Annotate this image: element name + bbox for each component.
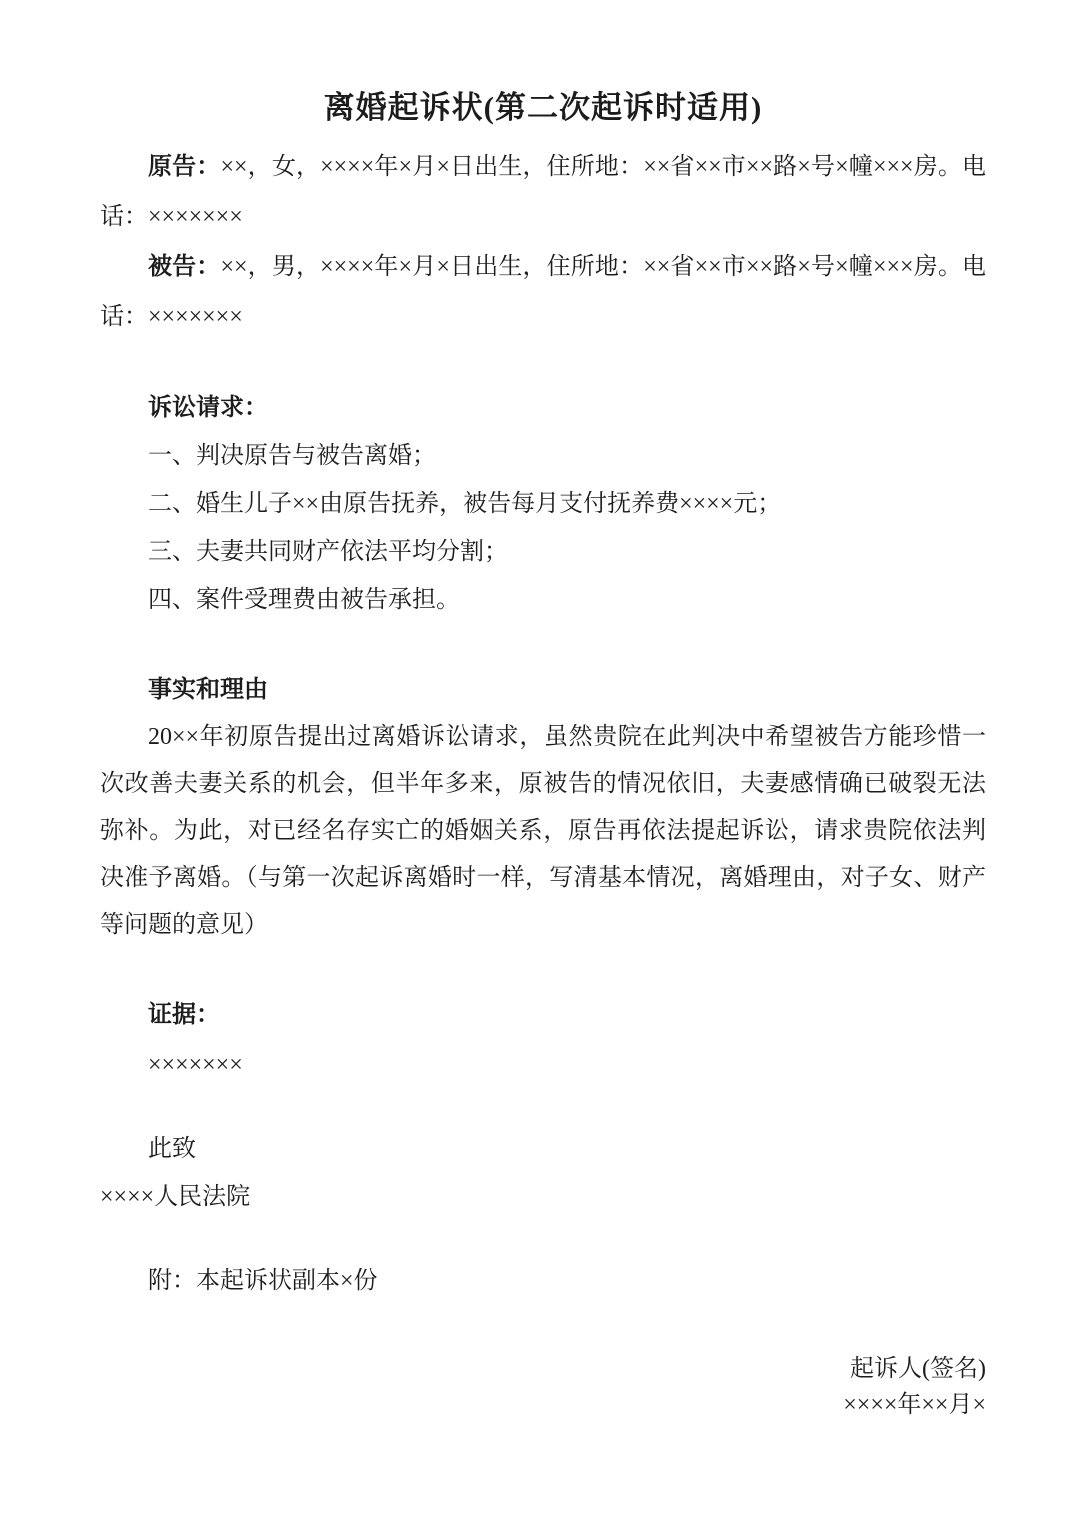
document-content: 离婚起诉状(第二次起诉时适用) 原告：××，女，××××年×月×日出生，住所地：… (100, 0, 986, 1423)
claim-item-3: 三、夫妻共同财产依法平均分割； (100, 528, 986, 576)
plaintiff-label: 原告： (148, 154, 220, 180)
claim-item-2: 二、婚生儿子××由原告抚养，被告每月支付抚养费××××元； (100, 480, 986, 528)
document-page: 离婚起诉状(第二次起诉时适用) 原告：××，女，××××年×月×日出生，住所地：… (0, 0, 1080, 1527)
defendant-label: 被告： (148, 254, 220, 280)
evidence-heading: 证据： (100, 990, 986, 1040)
evidence-section: 证据： ××××××× (100, 990, 986, 1090)
claims-heading: 诉讼请求： (100, 384, 986, 432)
attachment-note: 附：本起诉状副本×份 (100, 1257, 986, 1305)
facts-section: 事实和理由 20××年初原告提出过离婚诉讼请求，虽然贵院在此判决中希望被告方能珍… (100, 666, 986, 949)
court-name: ××××人民法院 (100, 1173, 986, 1221)
claim-item-4: 四、案件受理费由被告承担。 (100, 576, 986, 624)
plaintiff-paragraph: 原告：××，女，××××年×月×日出生，住所地：××省××市××路×号×幢×××… (100, 142, 986, 242)
evidence-content: ××××××× (100, 1040, 986, 1090)
closing-salutation: 此致 (100, 1125, 986, 1173)
defendant-paragraph: 被告：××，男，××××年×月×日出生，住所地：××省××市××路×号×幢×××… (100, 242, 986, 342)
document-title: 离婚起诉状(第二次起诉时适用) (100, 88, 986, 128)
signer-line: 起诉人(签名) (100, 1351, 986, 1387)
date-line: ××××年××月× (100, 1387, 986, 1423)
claim-item-1: 一、判决原告与被告离婚； (100, 432, 986, 480)
claims-section: 诉讼请求： 一、判决原告与被告离婚； 二、婚生儿子××由原告抚养，被告每月支付抚… (100, 384, 986, 624)
defendant-info: ××，男，××××年×月×日出生，住所地：××省××市××路×号×幢×××房。电… (100, 254, 986, 330)
facts-body: 20××年初原告提出过离婚诉讼请求，虽然贵院在此判决中希望被告方能珍惜一次改善夫… (100, 714, 986, 949)
plaintiff-info: ××，女，××××年×月×日出生，住所地：××省××市××路×号×幢×××房。电… (100, 154, 986, 230)
signature-block: 起诉人(签名) ××××年××月× (100, 1351, 986, 1423)
facts-heading: 事实和理由 (100, 666, 986, 714)
